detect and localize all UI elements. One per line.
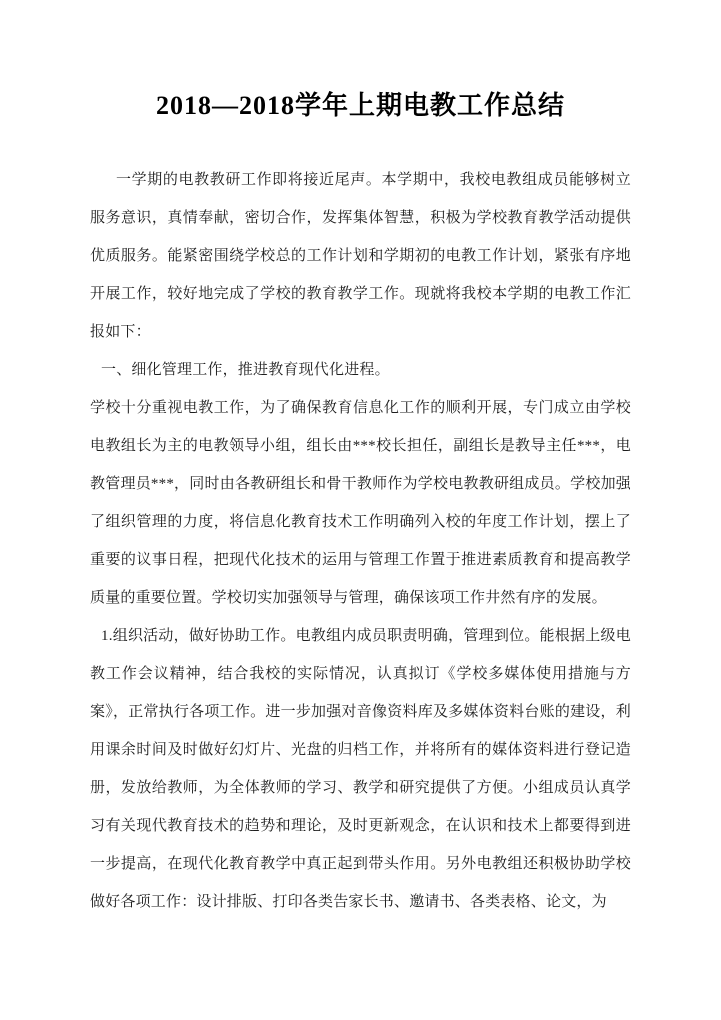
- paragraph-management: 学校十分重视电教工作，为了确保教育信息化工作的顺利开展，专门成立由学校电教组长为…: [90, 389, 631, 617]
- document-body: 一学期的电教教研工作即将接近尾声。本学期中，我校电教组成员能够树立服务意识，真情…: [90, 161, 631, 921]
- document-page: 2018—2018学年上期电教工作总结 一学期的电教教研工作即将接近尾声。本学期…: [0, 0, 721, 1020]
- paragraph-section-heading: 一、细化管理工作，推进教育现代化进程。: [90, 351, 631, 389]
- document-title: 2018—2018学年上期电教工作总结: [0, 86, 721, 126]
- paragraph-intro: 一学期的电教教研工作即将接近尾声。本学期中，我校电教组成员能够树立服务意识，真情…: [90, 161, 631, 351]
- paragraph-organize-activities: 1.组织活动，做好协助工作。电教组内成员职责明确，管理到位。能根据上级电教工作会…: [90, 617, 631, 921]
